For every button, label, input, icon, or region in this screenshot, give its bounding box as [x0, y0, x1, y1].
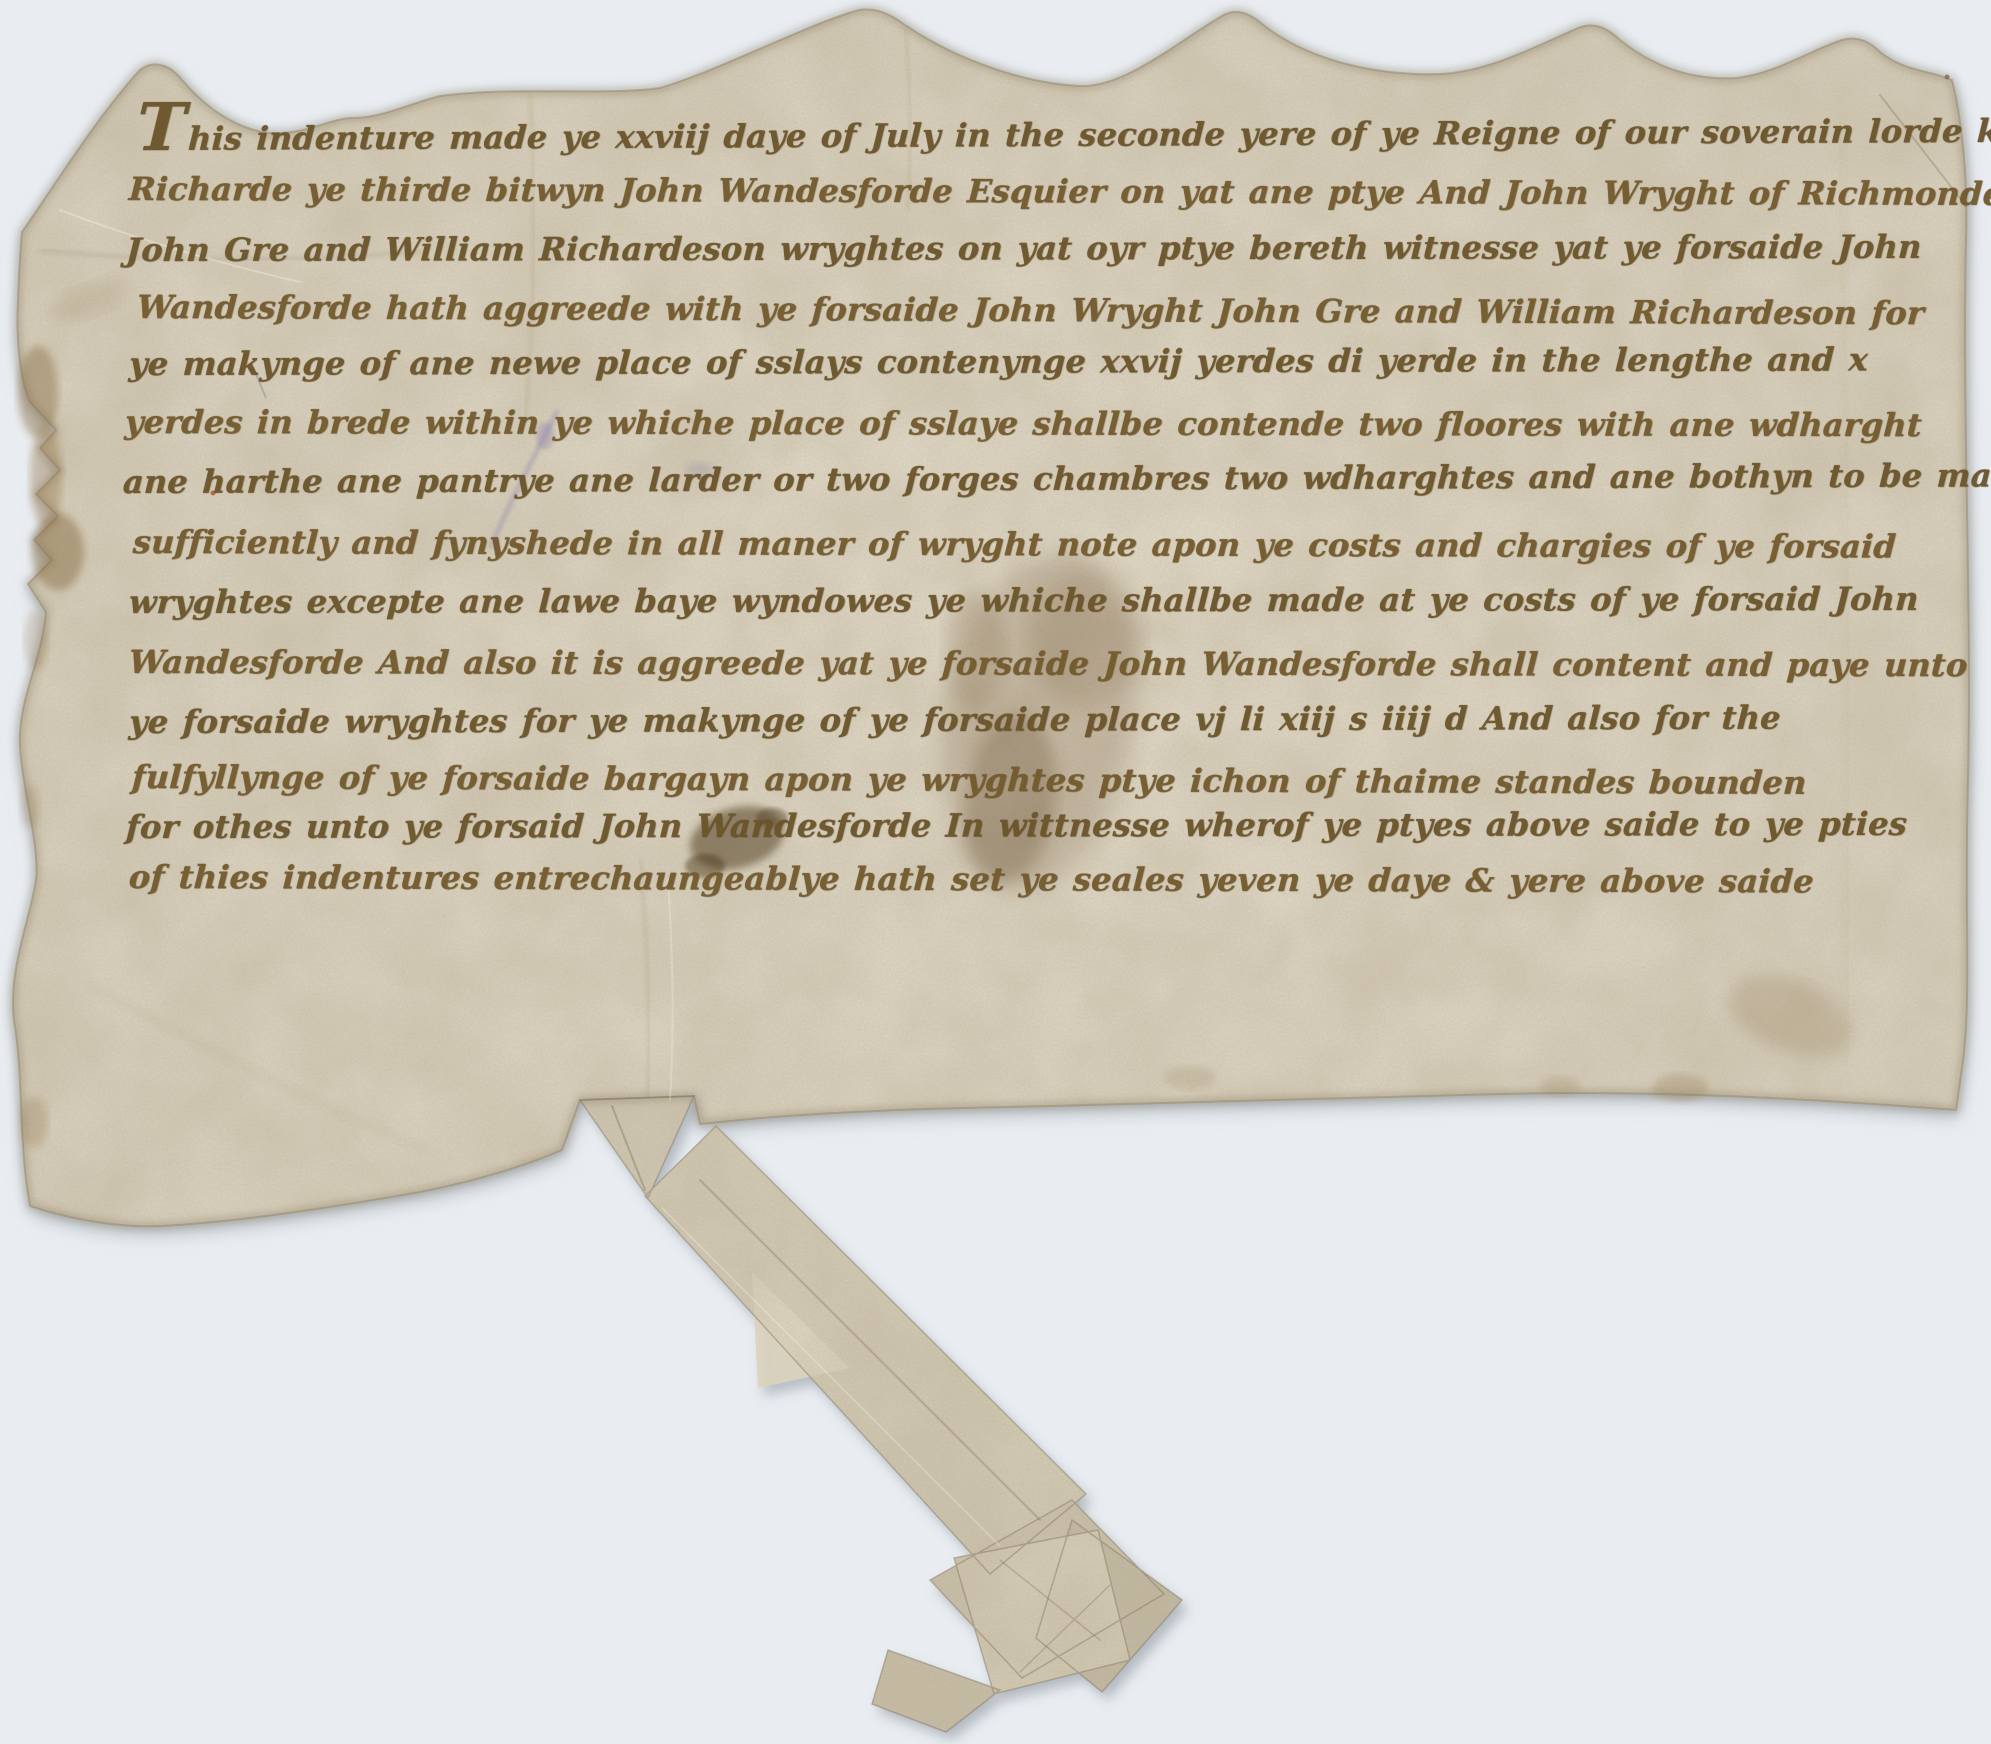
parchment-graphic [0, 0, 1991, 1744]
document-scan: This indenture made ye xxviij daye of Ju… [0, 0, 1991, 1744]
